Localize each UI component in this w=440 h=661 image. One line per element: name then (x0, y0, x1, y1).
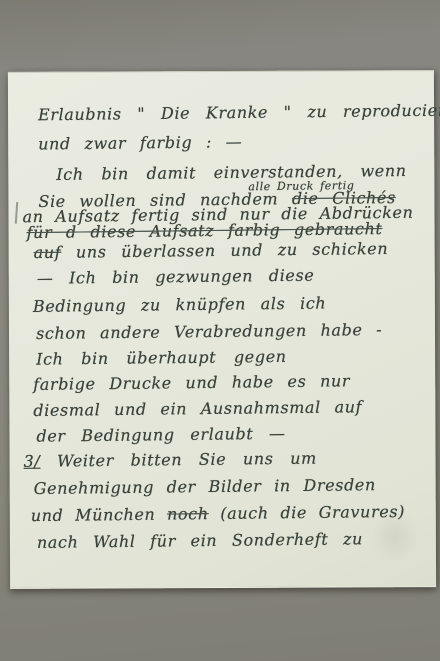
handwriting-text: Ich bin überhaupt gegen (36, 347, 287, 369)
handwriting-text: diesmal und ein Ausnahmsmal auf (33, 397, 362, 420)
handwriting-text: (auch die Gravures) (209, 502, 406, 523)
handwriting-struck-text: auf (34, 243, 62, 262)
handwriting-text: Erlaubnis " Die Kranke " zu reproduciere… (38, 100, 440, 124)
handwriting-line: farbige Drucke und habe es nur (33, 373, 350, 393)
handwriting-line: auf uns überlassen und zu schicken (34, 241, 389, 261)
handwriting-struck-text: für d diese Aufsatz farbig gebraucht (26, 219, 382, 242)
handwriting-line: diesmal und ein Ausnahmsmal auf (33, 399, 362, 419)
handwriting-line: nach Wahl für ein Sonderheft zu (37, 531, 363, 551)
letter-paper: Erlaubnis " Die Kranke " zu reproduciere… (8, 70, 436, 589)
handwriting-text: Genehmigung der Bilder in Dresden (34, 475, 376, 498)
handwriting-text: nach Wahl für ein Sonderheft zu (37, 529, 363, 552)
handwriting-line: schon andere Verabredungen habe - (36, 322, 382, 342)
handwriting-line: Erlaubnis " Die Kranke " zu reproduciere… (38, 102, 440, 123)
handwriting-line: und München noch (auch die Gravures) (31, 504, 405, 524)
handwriting-text: — Ich bin gezwungen diese (37, 266, 315, 288)
handwriting-line: Bedingung zu knüpfen als ich (33, 296, 327, 315)
handwriting-text: uns überlassen und zu schicken (61, 239, 388, 262)
handwriting-text: Bedingung zu knüpfen als ich (33, 294, 327, 316)
handwriting-line: — Ich bin gezwungen diese (37, 268, 315, 287)
handwriting-text: der Bedingung erlaubt — (36, 424, 285, 446)
handwriting-text: farbige Drucke und habe es nur (33, 371, 350, 394)
handwriting-text: 3/ (23, 452, 40, 471)
handwriting-text: und München (31, 505, 167, 526)
handwriting-line: Genehmigung der Bilder in Dresden (34, 477, 376, 497)
pencil-mark (15, 202, 18, 224)
handwriting-line: Ich bin überhaupt gegen (36, 349, 287, 368)
handwriting-line: 3/ Weiter bitten Sie uns um (23, 451, 316, 470)
photo-background: Erlaubnis " Die Kranke " zu reproduciere… (0, 0, 440, 661)
handwriting-text: schon andere Verabredungen habe - (36, 320, 382, 343)
handwriting-line: und zwar farbig : — (38, 134, 242, 152)
handwriting-text: Weiter bitten Sie uns um (40, 449, 317, 471)
handwriting-text: und zwar farbig : — (38, 132, 242, 153)
handwriting-struck-text: noch (167, 504, 209, 523)
handwriting-line: der Bedingung erlaubt — (36, 426, 285, 445)
handwriting-line: für d diese Aufsatz farbig gebraucht (26, 221, 382, 241)
